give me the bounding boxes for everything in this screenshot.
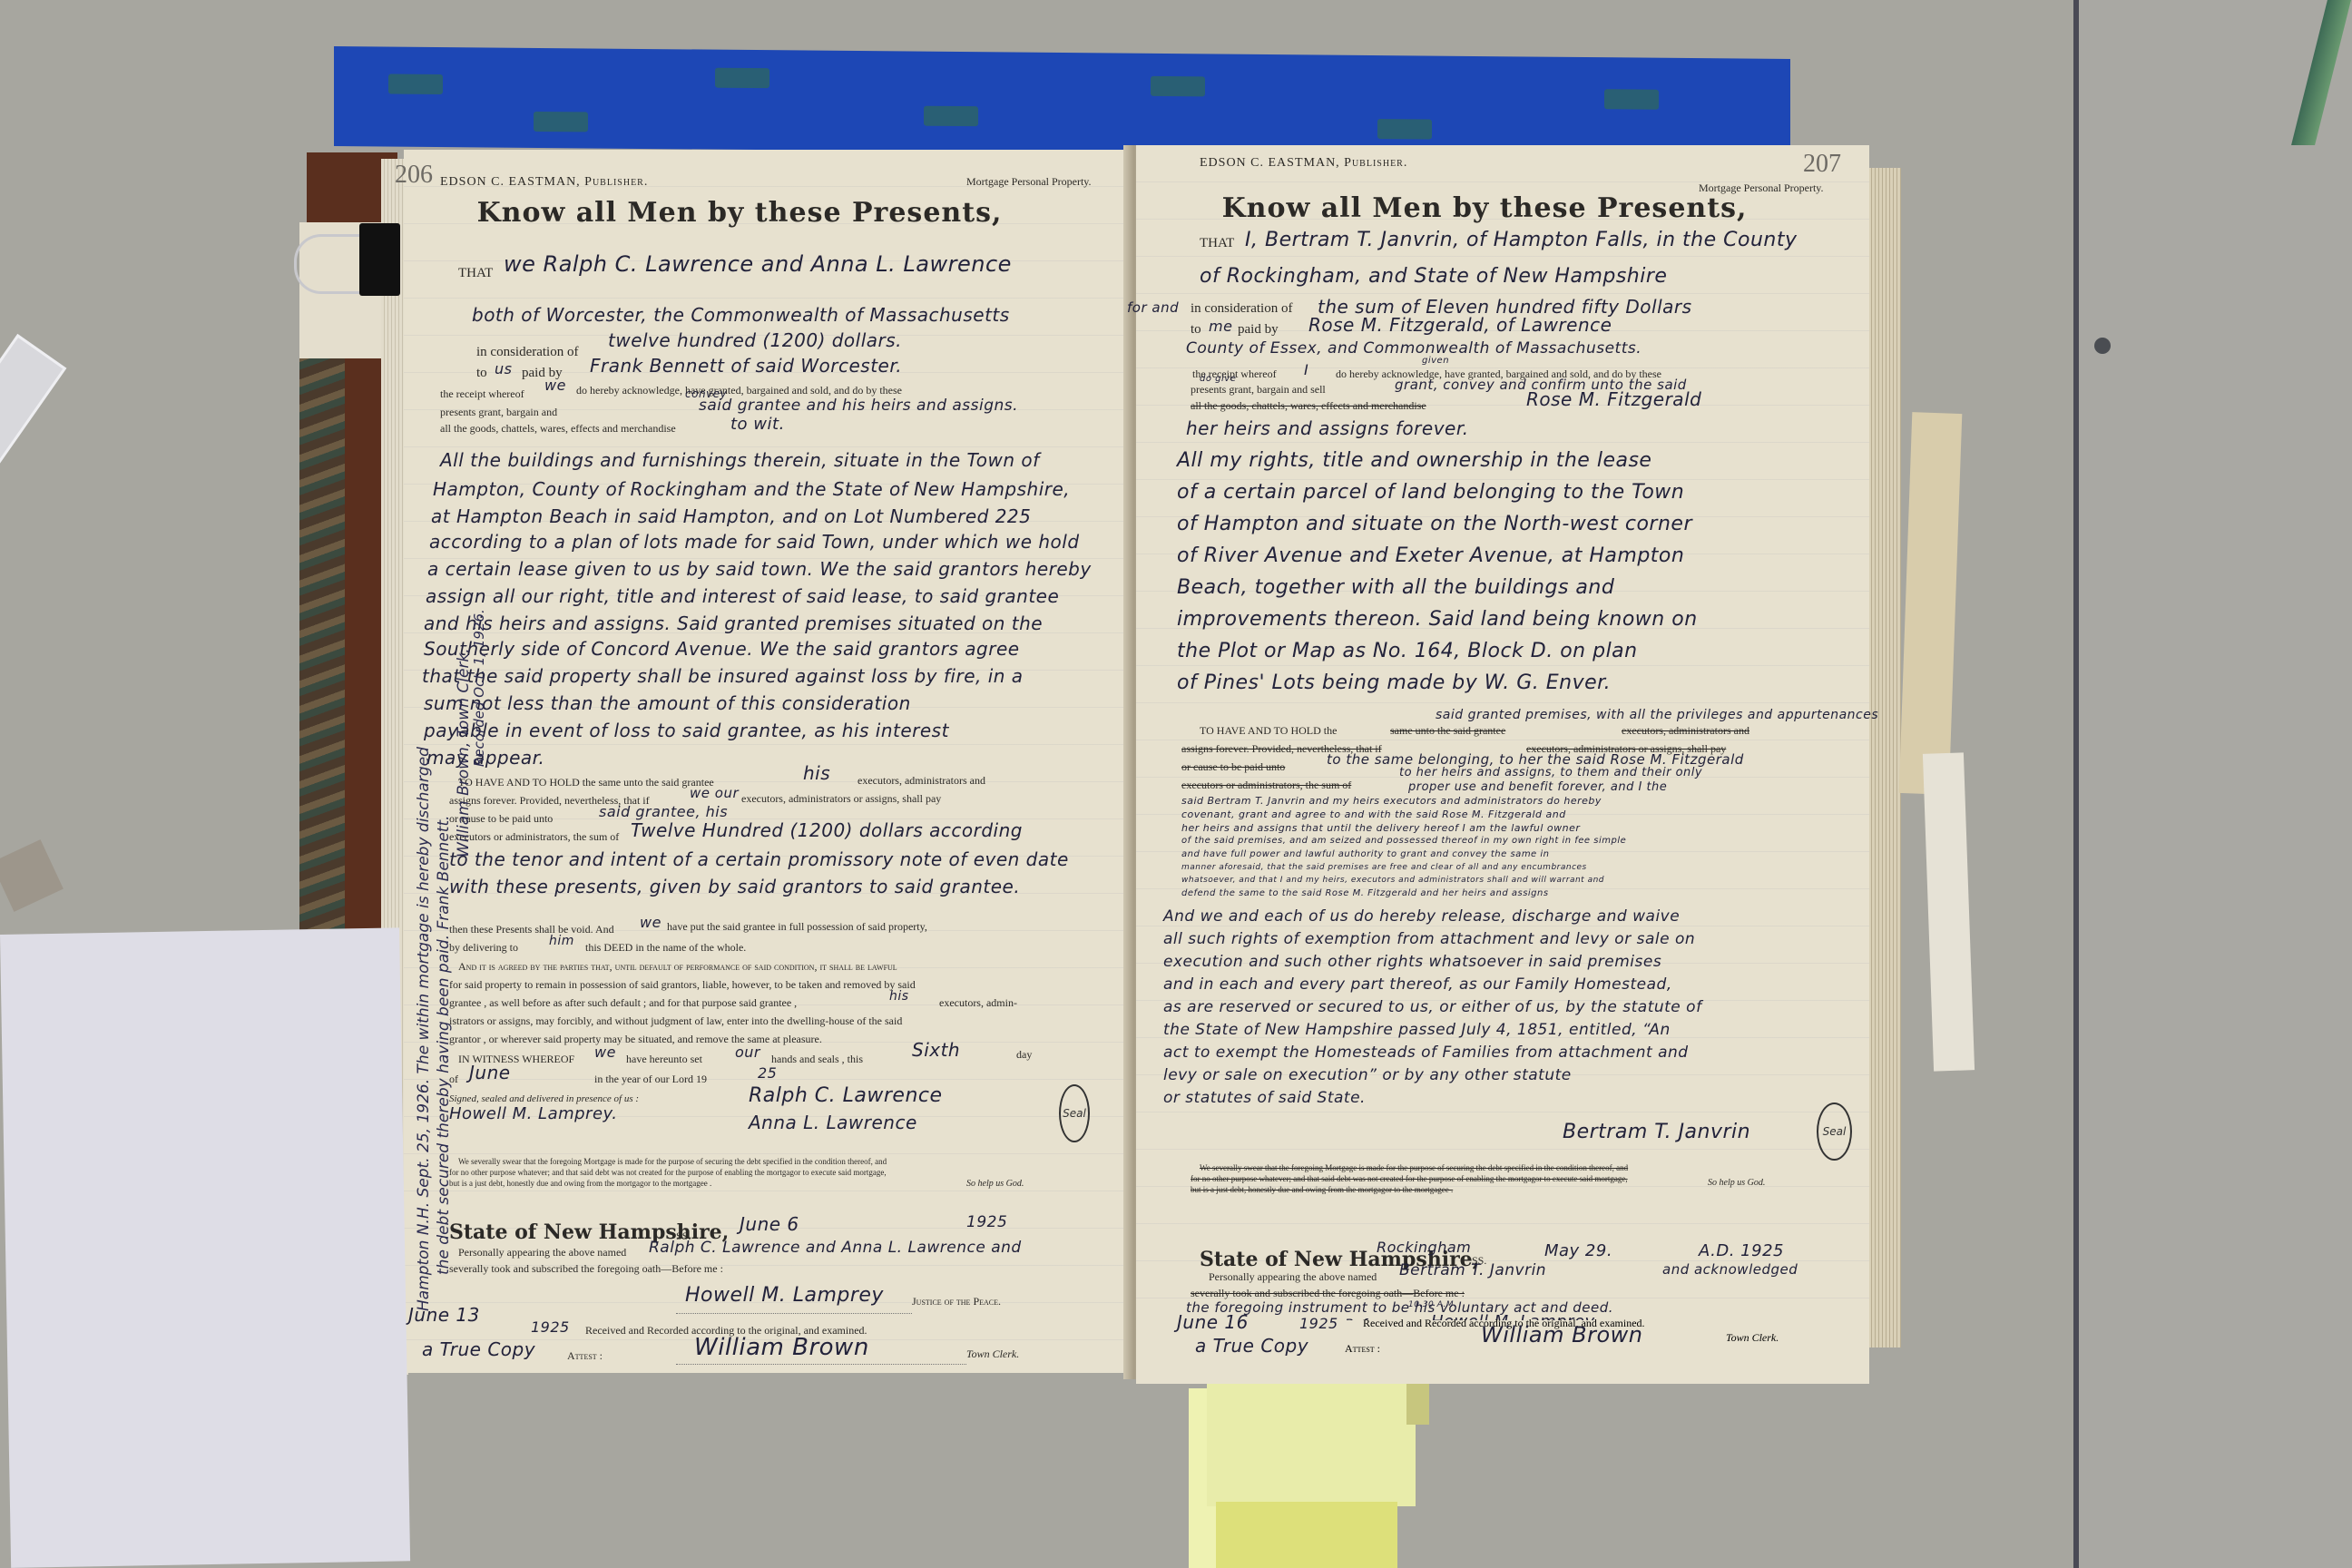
hw-our: our <box>735 1044 760 1061</box>
hw-line: of a certain parcel of land belonging to… <box>1177 481 1684 504</box>
hw-line: proper use and benefit forever, and I th… <box>1408 780 1667 794</box>
margin-line: William Brown, Town Clerk. <box>455 648 473 857</box>
hw-line: that the said property shall be insured … <box>422 665 1024 687</box>
seal-icon: Seal <box>1817 1102 1852 1161</box>
hw-we: we <box>640 914 661 931</box>
printed-line: We severally swear that the foregoing Mo… <box>458 1157 887 1166</box>
to-label: to <box>476 366 487 381</box>
hw-grantee: Rose M. Fitzgerald <box>1526 388 1701 410</box>
grantor-signature: Ralph C. Lawrence <box>749 1084 943 1107</box>
hw-line: said granted premises, with all the priv… <box>1436 708 1878 722</box>
hw-line: of Hampton and situate on the North-west… <box>1177 513 1692 535</box>
hw-year: 25 <box>758 1064 777 1082</box>
hw-his: his <box>803 762 830 784</box>
printed-line: executors or administrators, the sum of <box>449 830 619 844</box>
hw-line: and have full power and lawful authority… <box>1181 849 1550 859</box>
printed-line: by delivering to <box>449 941 518 955</box>
margin-line: the debt secured thereby having been pai… <box>435 815 453 1275</box>
clerk-signature: William Brown <box>1481 1322 1642 1347</box>
hw-line: of Pines' Lots being made by W. G. Enver… <box>1177 671 1611 694</box>
hw-line: of River Avenue and Exeter Avenue, at Ha… <box>1177 544 1684 567</box>
form-type: Mortgage Personal Property. <box>966 175 1092 189</box>
printed-line: severally took and subscribed the forego… <box>449 1262 723 1276</box>
page-heading: Know all Men by these Presents, <box>1118 192 1851 224</box>
printed-line: do hereby acknowledge, have granted, bar… <box>576 384 902 397</box>
printed-line: all the goods, chattels, wares, effects … <box>440 422 676 436</box>
page-number: 206 <box>395 161 433 190</box>
hw-line: execution and such other rights whatsoev… <box>1163 953 1661 971</box>
hw-line: with these presents, given by said grant… <box>449 876 1020 897</box>
to-hw: us <box>495 360 512 377</box>
recording-block: 10.30 A.M. June 16 1925 Received and Rec… <box>1136 1320 1869 1384</box>
hw-we: we <box>594 1044 616 1061</box>
hw-line: improvements thereon. Said land being kn… <box>1177 608 1698 631</box>
parties-line2: of Rockingham, and State of New Hampshir… <box>1200 265 1667 288</box>
hw-i: I <box>1304 361 1308 378</box>
binder-clip-handle <box>294 234 369 294</box>
printed-line: istrators or assigns, may forcibly, and … <box>449 1014 902 1028</box>
hw-him: him <box>549 934 574 948</box>
printed-line-struck: We severally swear that the foregoing Mo… <box>1200 1163 1628 1172</box>
hw-line: to the tenor and intent of a certain pro… <box>449 848 1069 870</box>
loose-insert <box>1923 752 1975 1071</box>
hw-line: and in each and every part thereof, as o… <box>1163 975 1672 994</box>
hw-line: said Bertram T. Janvrin and my heirs exe… <box>1181 795 1602 807</box>
hw-line: the Plot or Map as No. 164, Block D. on … <box>1177 640 1638 662</box>
margin-line: Hampton N.H. Sept. 25, 1926. The within … <box>415 747 433 1311</box>
page-number: 207 <box>1803 150 1841 179</box>
grantor-signature: Bertram T. Janvrin <box>1563 1121 1750 1143</box>
hw-year: 1925 <box>966 1213 1007 1231</box>
hw-names: Bertram T. Janvrin <box>1399 1261 1546 1279</box>
hw-grantee: said grantee and his heirs and assigns. <box>699 397 1018 415</box>
printed-line-struck: same unto the said grantee <box>1390 724 1505 738</box>
printed-line: but is a just debt, honestly due and owi… <box>449 1179 711 1188</box>
consideration-label: in consideration of <box>1191 301 1292 317</box>
hw-true-copy: a True Copy <box>422 1338 535 1360</box>
printed-line: have put the said grantee in full posses… <box>667 920 927 934</box>
hw-we: we <box>544 377 566 394</box>
printed-line: TO HAVE AND TO HOLD the same unto the sa… <box>458 776 714 789</box>
hw-line: defend the same to the said Rose M. Fitz… <box>1181 888 1549 898</box>
consideration-label: in consideration of <box>476 345 578 360</box>
hw-line: the State of New Hampshire passed July 4… <box>1163 1021 1671 1039</box>
printed-line: Town Clerk. <box>966 1347 1019 1361</box>
page-stack-right <box>1865 168 1901 1347</box>
printed-line: TO HAVE AND TO HOLD the <box>1200 724 1337 738</box>
hw-line: whatsoever, and that I and my heirs, exe… <box>1181 876 1604 885</box>
grantor-signature: Anna L. Lawrence <box>749 1112 917 1133</box>
that-label: THAT <box>1200 236 1234 251</box>
printed-line: executors, admin- <box>939 996 1017 1010</box>
hw-line: her heirs and assigns forever. <box>1186 417 1469 439</box>
hw-line: Southerly side of Concord Avenue. We the… <box>424 638 1020 660</box>
hw-line: a certain lease given to us by said town… <box>427 558 1092 580</box>
printed-line-struck: for no other purpose whatever; and that … <box>1191 1174 1628 1183</box>
hw-true-copy: a True Copy <box>1195 1335 1308 1357</box>
printed-line-struck: but is a just debt, honestly due and owi… <box>1191 1185 1453 1194</box>
hw-month: June <box>469 1062 511 1083</box>
white-sheet <box>0 927 410 1568</box>
to-hw: me <box>1209 318 1232 335</box>
mortgagee: Frank Bennett of said Worcester. <box>590 355 902 377</box>
signature-line <box>676 1364 966 1365</box>
hw-line: all such rights of exemption from attach… <box>1163 930 1695 948</box>
publisher: EDSON C. EASTMAN, Publisher. <box>440 175 648 190</box>
hw-his: his <box>889 989 909 1004</box>
printed-line: in the year of our Lord 19 <box>594 1073 707 1086</box>
seal-icon: Seal <box>1059 1084 1090 1142</box>
printed-line: then these Presents shall be void. And <box>449 923 614 936</box>
hw-year: A.D. 1925 <box>1699 1241 1784 1260</box>
hw-day: Sixth <box>912 1039 960 1061</box>
printed-line: Justice of the Peace. <box>912 1295 1001 1308</box>
printed-line-struck: severally took and subscribed the forego… <box>1191 1287 1465 1300</box>
sticky-note <box>1216 1502 1397 1568</box>
ledger-page-left: 206 EDSON C. EASTMAN, Publisher. Mortgag… <box>404 150 1130 1373</box>
hw-line: her heirs and assigns that until the del… <box>1181 822 1580 834</box>
hw-date: June 16 <box>1177 1311 1249 1333</box>
ledger-page-right: EDSON C. EASTMAN, Publisher. 207 Mortgag… <box>1136 145 1869 1352</box>
hw-line: and his heirs and assigns. Said granted … <box>424 612 1043 634</box>
loose-insert <box>1899 412 1963 795</box>
page-heading: Know all Men by these Presents, <box>377 197 1102 229</box>
binder-clip <box>359 223 400 296</box>
parties: I, Bertram T. Janvrin, of Hampton Falls,… <box>1245 229 1798 251</box>
printed-line: for said property to remain in possessio… <box>449 978 916 992</box>
hw-line: payable in event of loss to said grantee… <box>424 720 949 741</box>
hw-year: 1925 <box>1299 1315 1338 1332</box>
hw-for-and: for and <box>1127 299 1179 316</box>
to-label: to <box>1191 322 1201 338</box>
paid-by-label: paid by <box>1238 322 1279 338</box>
hw-line: act to exempt the Homesteads of Families… <box>1163 1044 1689 1062</box>
justice-signature: Howell M. Lamprey <box>685 1284 884 1307</box>
printed-line-struck: executors, administrators and <box>1622 724 1749 738</box>
hw-line: And we and each of us do hereby release,… <box>1163 907 1680 926</box>
hw-year: 1925 <box>531 1318 570 1336</box>
sticky-note <box>1207 1370 1416 1506</box>
cloth-weight <box>0 839 64 912</box>
hw-acknowledged: and acknowledged <box>1662 1261 1798 1278</box>
publisher: EDSON C. EASTMAN, Publisher. <box>1200 156 1407 171</box>
parties-line2: both of Worcester, the Commonwealth of M… <box>472 304 1010 326</box>
printed-line: Attest : <box>1345 1342 1380 1356</box>
printed-line-struck: or cause to be paid unto <box>1181 760 1285 774</box>
plastic-ruler <box>0 334 66 506</box>
printed-line: And it is agreed by the parties that, un… <box>458 960 897 974</box>
desk-panel <box>2073 0 2352 1568</box>
margin-line: Recorded Oct. 1, 1926. <box>471 609 487 767</box>
printed-line: hands and seals , this <box>771 1053 863 1066</box>
that-label: THAT <box>458 266 493 281</box>
printed-line: presents grant, bargain and <box>440 406 557 419</box>
hw-date: June 6 <box>740 1213 799 1235</box>
printed-line: Personally appearing the above named <box>458 1246 626 1259</box>
hw-line: according to a plan of lots made for sai… <box>429 531 1080 553</box>
signature-line <box>676 1313 912 1314</box>
hw-to-wit: to wit. <box>730 415 785 434</box>
parties: we Ralph C. Lawrence and Anna L. Lawrenc… <box>504 251 1012 277</box>
hw-line: assign all our right, title and interest… <box>426 585 1059 607</box>
hw-line: at Hampton Beach in said Hampton, and on… <box>431 505 1031 527</box>
printed-line: Attest : <box>567 1349 603 1363</box>
hw-we-our: we our <box>690 785 739 801</box>
hw-time: 10.30 A.M. <box>1408 1300 1456 1309</box>
printed-line: Personally appearing the above named <box>1209 1270 1377 1284</box>
witness-signature: Howell M. Lamprey. <box>449 1104 618 1123</box>
hw-names: Ralph C. Lawrence and Anna L. Lawrence a… <box>649 1239 1022 1257</box>
printed-line: executors, administrators or assigns, sh… <box>741 792 941 806</box>
mortgagee: Rose M. Fitzgerald, of Lawrence <box>1308 314 1612 336</box>
printed-line: day <box>1016 1048 1032 1062</box>
printed-line: the receipt whereof <box>440 387 524 401</box>
hw-line: All my rights, title and ownership in th… <box>1177 449 1651 472</box>
hw-line: sum not less than the amount of this con… <box>424 692 911 714</box>
printed-line: grantee , as well before as after such d… <box>449 996 797 1010</box>
printed-line-struck: all the goods, chattels, wares, effects … <box>1191 399 1426 413</box>
clerk-signature: William Brown <box>694 1334 869 1361</box>
printed-line: for no other purpose whatever; and that … <box>449 1168 887 1177</box>
hw-county: Rockingham <box>1377 1239 1471 1256</box>
hw-line: covenant, grant and agree to and with th… <box>1181 808 1566 820</box>
hw-line: of the said premises, and am seized and … <box>1181 836 1626 846</box>
blue-tape <box>334 46 1790 159</box>
printed-line: So help us God. <box>1708 1178 1765 1188</box>
desk-screw <box>2094 338 2111 354</box>
hw-line: as are reserved or secured to us, or eit… <box>1163 998 1702 1016</box>
printed-line: have hereunto set <box>626 1053 702 1066</box>
hw-line: All the buildings and furnishings therei… <box>440 449 1040 471</box>
printed-line: executors, administrators and <box>857 774 985 788</box>
mortgagee-line2: County of Essex, and Commonwealth of Mas… <box>1186 339 1641 358</box>
consideration-amount: twelve hundred (1200) dollars. <box>608 329 902 351</box>
printed-line: presents grant, bargain and sell <box>1191 383 1326 397</box>
hw-given: given <box>1422 356 1449 366</box>
hw-line: Beach, together with all the buildings a… <box>1177 576 1614 599</box>
printed-line: grantor , or wherever said property may … <box>449 1033 822 1046</box>
hw-sum: Twelve Hundred (1200) dollars according <box>631 819 1023 841</box>
hw-line: levy or sale on execution” or by any oth… <box>1163 1066 1572 1084</box>
printed-line: Town Clerk. <box>1726 1331 1779 1345</box>
printed-line-struck: executors or administrators, the sum of <box>1181 779 1351 792</box>
hw-grantee: said grantee, his <box>599 803 728 820</box>
hw-date: May 29. <box>1544 1241 1612 1260</box>
printed-line: So help us God. <box>966 1179 1024 1189</box>
hw-line: or statutes of said State. <box>1163 1089 1366 1107</box>
hw-line: to her heirs and assigns, to them and th… <box>1399 766 1702 779</box>
printed-line: this DEED in the name of the whole. <box>585 941 746 955</box>
hw-line: manner aforesaid, that the said premises… <box>1181 863 1587 872</box>
hw-line: Hampton, County of Rockingham and the St… <box>433 478 1070 500</box>
printed-line: Signed, sealed and delivered in presence… <box>449 1093 639 1104</box>
